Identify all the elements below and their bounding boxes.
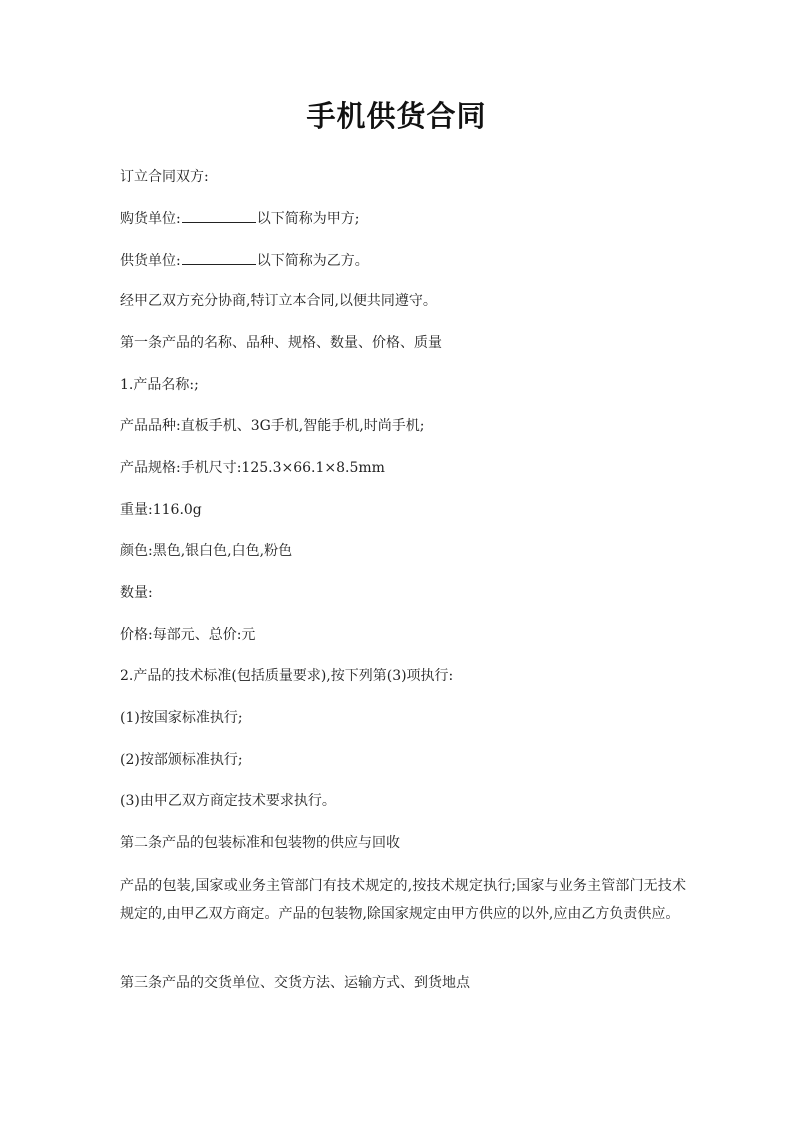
article2-heading: 第二条产品的包装标准和包装物的供应与回收 bbox=[120, 833, 400, 853]
buyer-suffix: 以下简称为甲方; bbox=[257, 211, 360, 227]
agreement-line: 经甲乙双方充分协商,特订立本合同,以便共同遵守。 bbox=[120, 291, 437, 311]
article1-heading: 第一条产品的名称、品种、规格、数量、价格、质量 bbox=[120, 333, 442, 353]
product-spec-line: 产品规格:手机尺寸:125.3×66.1×8.5mm bbox=[120, 458, 385, 478]
product-color-line: 颜色:黑色,银白色,白色,粉色 bbox=[120, 541, 292, 561]
document-title: 手机供货合同 bbox=[0, 94, 793, 135]
buyer-blank[interactable] bbox=[182, 208, 256, 223]
article2-body: 产品的包装,国家或业务主管部门有技术规定的,按技术规定执行;国家与业务主管部门无… bbox=[120, 872, 686, 928]
product-quantity-line: 数量: bbox=[120, 583, 153, 603]
intro-line: 订立合同双方: bbox=[120, 167, 209, 187]
supplier-line: 供货单位:以下简称为乙方。 bbox=[120, 250, 369, 271]
product-variety-line: 产品品种:直板手机、3G手机,智能手机,时尚手机; bbox=[120, 416, 424, 436]
product-weight-line: 重量:116.0g bbox=[120, 500, 202, 520]
buyer-line: 购货单位:以下简称为甲方; bbox=[120, 208, 359, 229]
standard-option-1: (1)按国家标准执行; bbox=[120, 708, 243, 728]
supplier-label: 供货单位: bbox=[120, 253, 181, 269]
document-page: 手机供货合同 订立合同双方: 购货单位:以下简称为甲方; 供货单位:以下简称为乙… bbox=[0, 0, 793, 1122]
standard-option-3: (3)由甲乙双方商定技术要求执行。 bbox=[120, 791, 336, 811]
supplier-suffix: 以下简称为乙方。 bbox=[257, 253, 369, 269]
buyer-label: 购货单位: bbox=[120, 211, 181, 227]
article3-heading: 第三条产品的交货单位、交货方法、运输方式、到货地点 bbox=[120, 973, 470, 993]
product-price-line: 价格:每部元、总价:元 bbox=[120, 625, 255, 645]
standard-option-2: (2)按部颁标准执行; bbox=[120, 750, 243, 770]
product-name-line: 1.产品名称:; bbox=[120, 375, 199, 395]
tech-standard-line: 2.产品的技术标准(包括质量要求),按下列第(3)项执行: bbox=[120, 666, 453, 686]
supplier-blank[interactable] bbox=[182, 250, 256, 265]
